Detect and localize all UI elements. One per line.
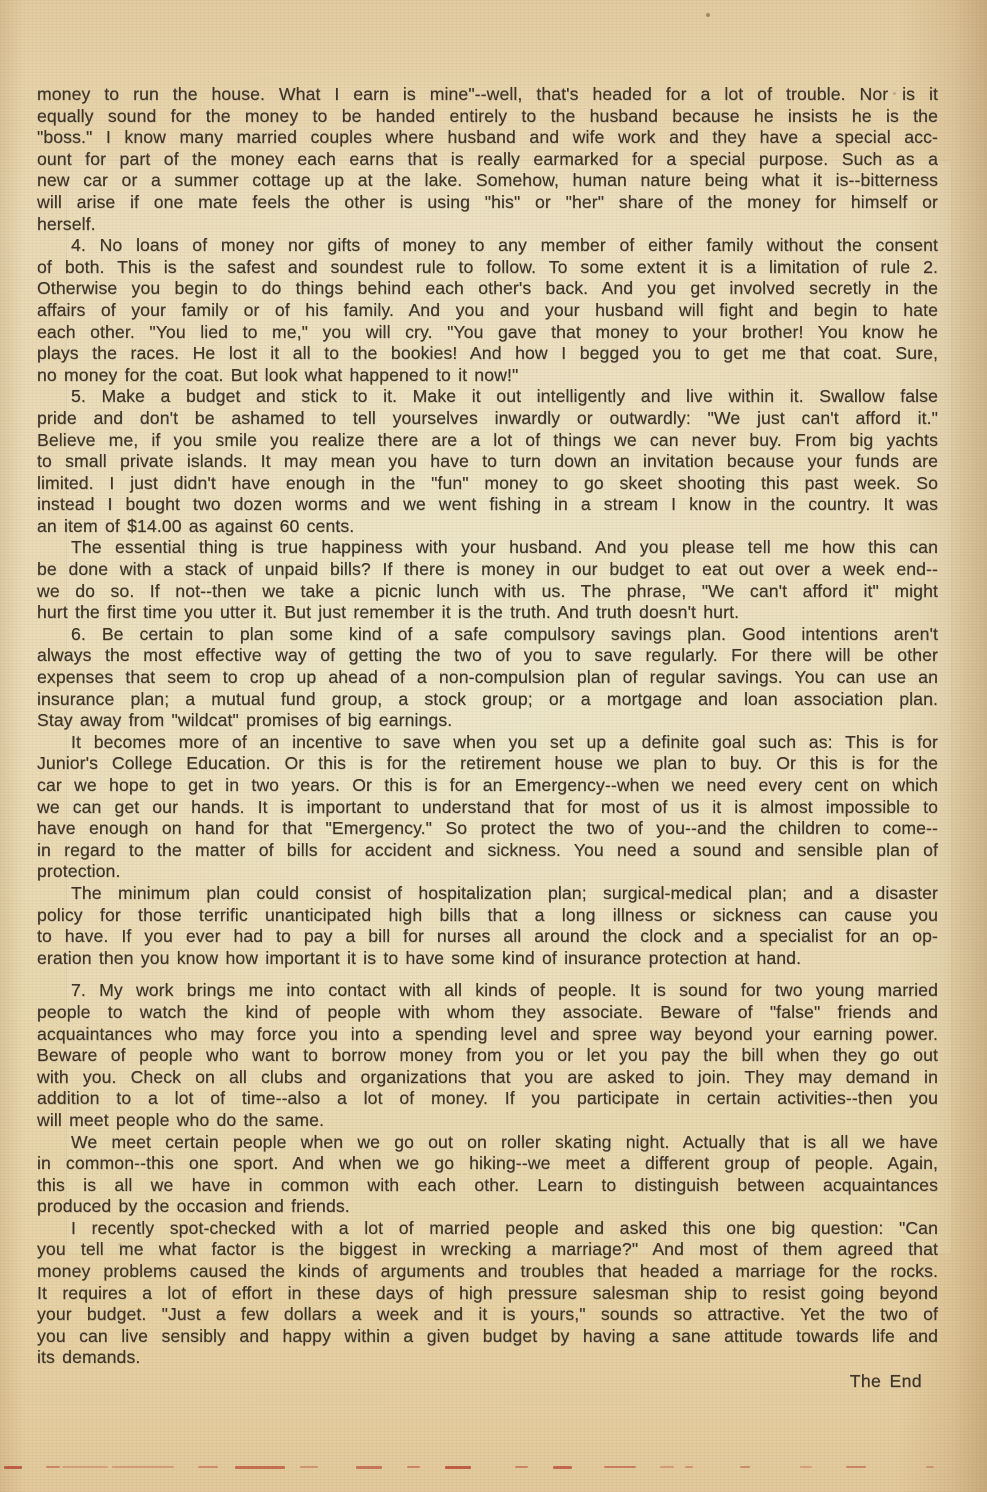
magazine-page: money to run the house. What I earn is m… bbox=[0, 0, 987, 1492]
text-line: insurance plan; a mutual fund group, a s… bbox=[37, 689, 938, 711]
text-line: Stay away from "wildcat" promises of big… bbox=[37, 710, 938, 732]
red-dash-mark bbox=[235, 1466, 285, 1469]
the-end-mark: The End bbox=[37, 1371, 938, 1393]
text-line: no money for the coat. But look what hap… bbox=[37, 365, 938, 387]
red-dash-mark bbox=[4, 1466, 22, 1469]
text-line: acquaintances who may force you into a s… bbox=[37, 1024, 938, 1046]
text-line: an item of $14.00 as against 60 cents. bbox=[37, 516, 938, 538]
text-line: policy for those terrific unanticipated … bbox=[37, 905, 938, 927]
paper-speck bbox=[706, 13, 710, 17]
text-line: its demands. bbox=[37, 1347, 938, 1369]
text-line: Beware of people who want to borrow mone… bbox=[37, 1045, 938, 1067]
text-line: addition to a lot of time--also a lot of… bbox=[37, 1088, 938, 1110]
text-line: plays the races. He lost it all to the b… bbox=[37, 343, 938, 365]
text-line: money to run the house. What I earn is m… bbox=[37, 84, 938, 106]
red-dash-mark bbox=[198, 1466, 218, 1468]
text-line: Otherwise you begin to do things behind … bbox=[37, 278, 938, 300]
paragraph: money to run the house. What I earn is m… bbox=[37, 84, 938, 235]
text-line: have enough on hand for that "Emergency.… bbox=[37, 818, 938, 840]
text-line: produced by the occasion and friends. bbox=[37, 1196, 938, 1218]
paragraph: 6. Be certain to plan some kind of a saf… bbox=[37, 624, 938, 732]
red-dash-mark bbox=[62, 1466, 108, 1468]
text-line: hurt the first time you utter it. But ju… bbox=[37, 602, 938, 624]
text-line: of both. This is the safest and soundest… bbox=[37, 257, 938, 279]
text-line: be done with a stack of unpaid bills? If… bbox=[37, 559, 938, 581]
red-dash-mark bbox=[846, 1466, 866, 1468]
red-dash-mark bbox=[356, 1466, 382, 1469]
text-line: will arise if one mate feels the other i… bbox=[37, 192, 938, 214]
text-line: 7. My work brings me into contact with a… bbox=[37, 980, 938, 1002]
red-dash-mark bbox=[740, 1466, 750, 1468]
text-line: I recently spot-checked with a lot of ma… bbox=[37, 1218, 938, 1240]
text-line: equally sound for the money to be handed… bbox=[37, 106, 938, 128]
text-line: car we hope to get in two years. Or this… bbox=[37, 775, 938, 797]
paragraph: I recently spot-checked with a lot of ma… bbox=[37, 1218, 938, 1369]
text-line: each other. "You lied to me," you will c… bbox=[37, 322, 938, 344]
text-line: you can live sensibly and happy within a… bbox=[37, 1326, 938, 1348]
red-dash-mark bbox=[926, 1466, 934, 1468]
text-line: in common--this one sport. And when we g… bbox=[37, 1153, 938, 1175]
text-line: limited. I just didn't have enough in th… bbox=[37, 473, 938, 495]
paragraph: The minimum plan could consist of hospit… bbox=[37, 883, 938, 969]
red-dash-mark bbox=[407, 1466, 420, 1468]
text-line: We meet certain people when we go out on… bbox=[37, 1132, 938, 1154]
text-line: with you. Check on all clubs and organiz… bbox=[37, 1067, 938, 1089]
paragraph: The essential thing is true happiness wi… bbox=[37, 537, 938, 623]
text-line: eration then you know how important it i… bbox=[37, 948, 938, 970]
paragraph: 5. Make a budget and stick to it. Make i… bbox=[37, 386, 938, 537]
text-line: expenses that seem to crop up ahead of a… bbox=[37, 667, 938, 689]
text-line: protection. bbox=[37, 861, 938, 883]
paragraph: 4. No loans of money nor gifts of money … bbox=[37, 235, 938, 386]
red-dash-mark bbox=[685, 1466, 693, 1468]
text-line: always the most effective way of getting… bbox=[37, 645, 938, 667]
paragraph: 7. My work brings me into contact with a… bbox=[37, 980, 938, 1131]
text-line: your budget. "Just a few dollars a week … bbox=[37, 1304, 938, 1326]
text-line: affairs of your family or of his family.… bbox=[37, 300, 938, 322]
text-line: Believe me, if you smile you realize the… bbox=[37, 430, 938, 452]
text-line: ount for part of the money each earns th… bbox=[37, 149, 938, 171]
article-text: money to run the house. What I earn is m… bbox=[37, 84, 938, 1393]
text-line: 4. No loans of money nor gifts of money … bbox=[37, 235, 938, 257]
text-line: money problems caused the kinds of argum… bbox=[37, 1261, 938, 1283]
text-line: herself. bbox=[37, 214, 938, 236]
text-line: Junior's College Education. Or this is f… bbox=[37, 753, 938, 775]
text-line: we do so. If not--then we take a picnic … bbox=[37, 581, 938, 603]
red-dash-mark bbox=[553, 1466, 572, 1469]
text-line: to have. If you ever had to pay a bill f… bbox=[37, 926, 938, 948]
text-line: The essential thing is true happiness wi… bbox=[37, 537, 938, 559]
text-line: 5. Make a budget and stick to it. Make i… bbox=[37, 386, 938, 408]
red-dash-mark bbox=[112, 1466, 174, 1468]
red-dash-mark bbox=[800, 1466, 812, 1468]
red-dash-mark bbox=[300, 1466, 318, 1468]
text-line: you tell me what factor is the biggest i… bbox=[37, 1239, 938, 1261]
text-line: pride and don't be ashamed to tell yours… bbox=[37, 408, 938, 430]
text-line: will meet people who do the same. bbox=[37, 1110, 938, 1132]
red-dash-mark bbox=[660, 1466, 674, 1468]
text-line: instead I bought two dozen worms and we … bbox=[37, 494, 938, 516]
text-line: we can get our hands. It is important to… bbox=[37, 797, 938, 819]
red-dash-mark bbox=[515, 1466, 528, 1468]
text-line: It becomes more of an incentive to save … bbox=[37, 732, 938, 754]
text-line: 6. Be certain to plan some kind of a saf… bbox=[37, 624, 938, 646]
text-line: to small private islands. It may mean yo… bbox=[37, 451, 938, 473]
text-line: It requires a lot of effort in these day… bbox=[37, 1283, 938, 1305]
text-line: "boss." I know many married couples wher… bbox=[37, 127, 938, 149]
text-line: in regard to the matter of bills for acc… bbox=[37, 840, 938, 862]
text-line: new car or a summer cottage up at the la… bbox=[37, 170, 938, 192]
red-edge-dashed-line bbox=[0, 1464, 987, 1470]
red-dash-mark bbox=[445, 1466, 471, 1469]
text-line: people to watch the kind of people with … bbox=[37, 1002, 938, 1024]
paragraph: We meet certain people when we go out on… bbox=[37, 1132, 938, 1218]
red-dash-mark bbox=[46, 1466, 60, 1468]
text-line: The minimum plan could consist of hospit… bbox=[37, 883, 938, 905]
text-line: this is all we have in common with each … bbox=[37, 1175, 938, 1197]
red-dash-mark bbox=[604, 1466, 636, 1468]
paragraph: It becomes more of an incentive to save … bbox=[37, 732, 938, 883]
